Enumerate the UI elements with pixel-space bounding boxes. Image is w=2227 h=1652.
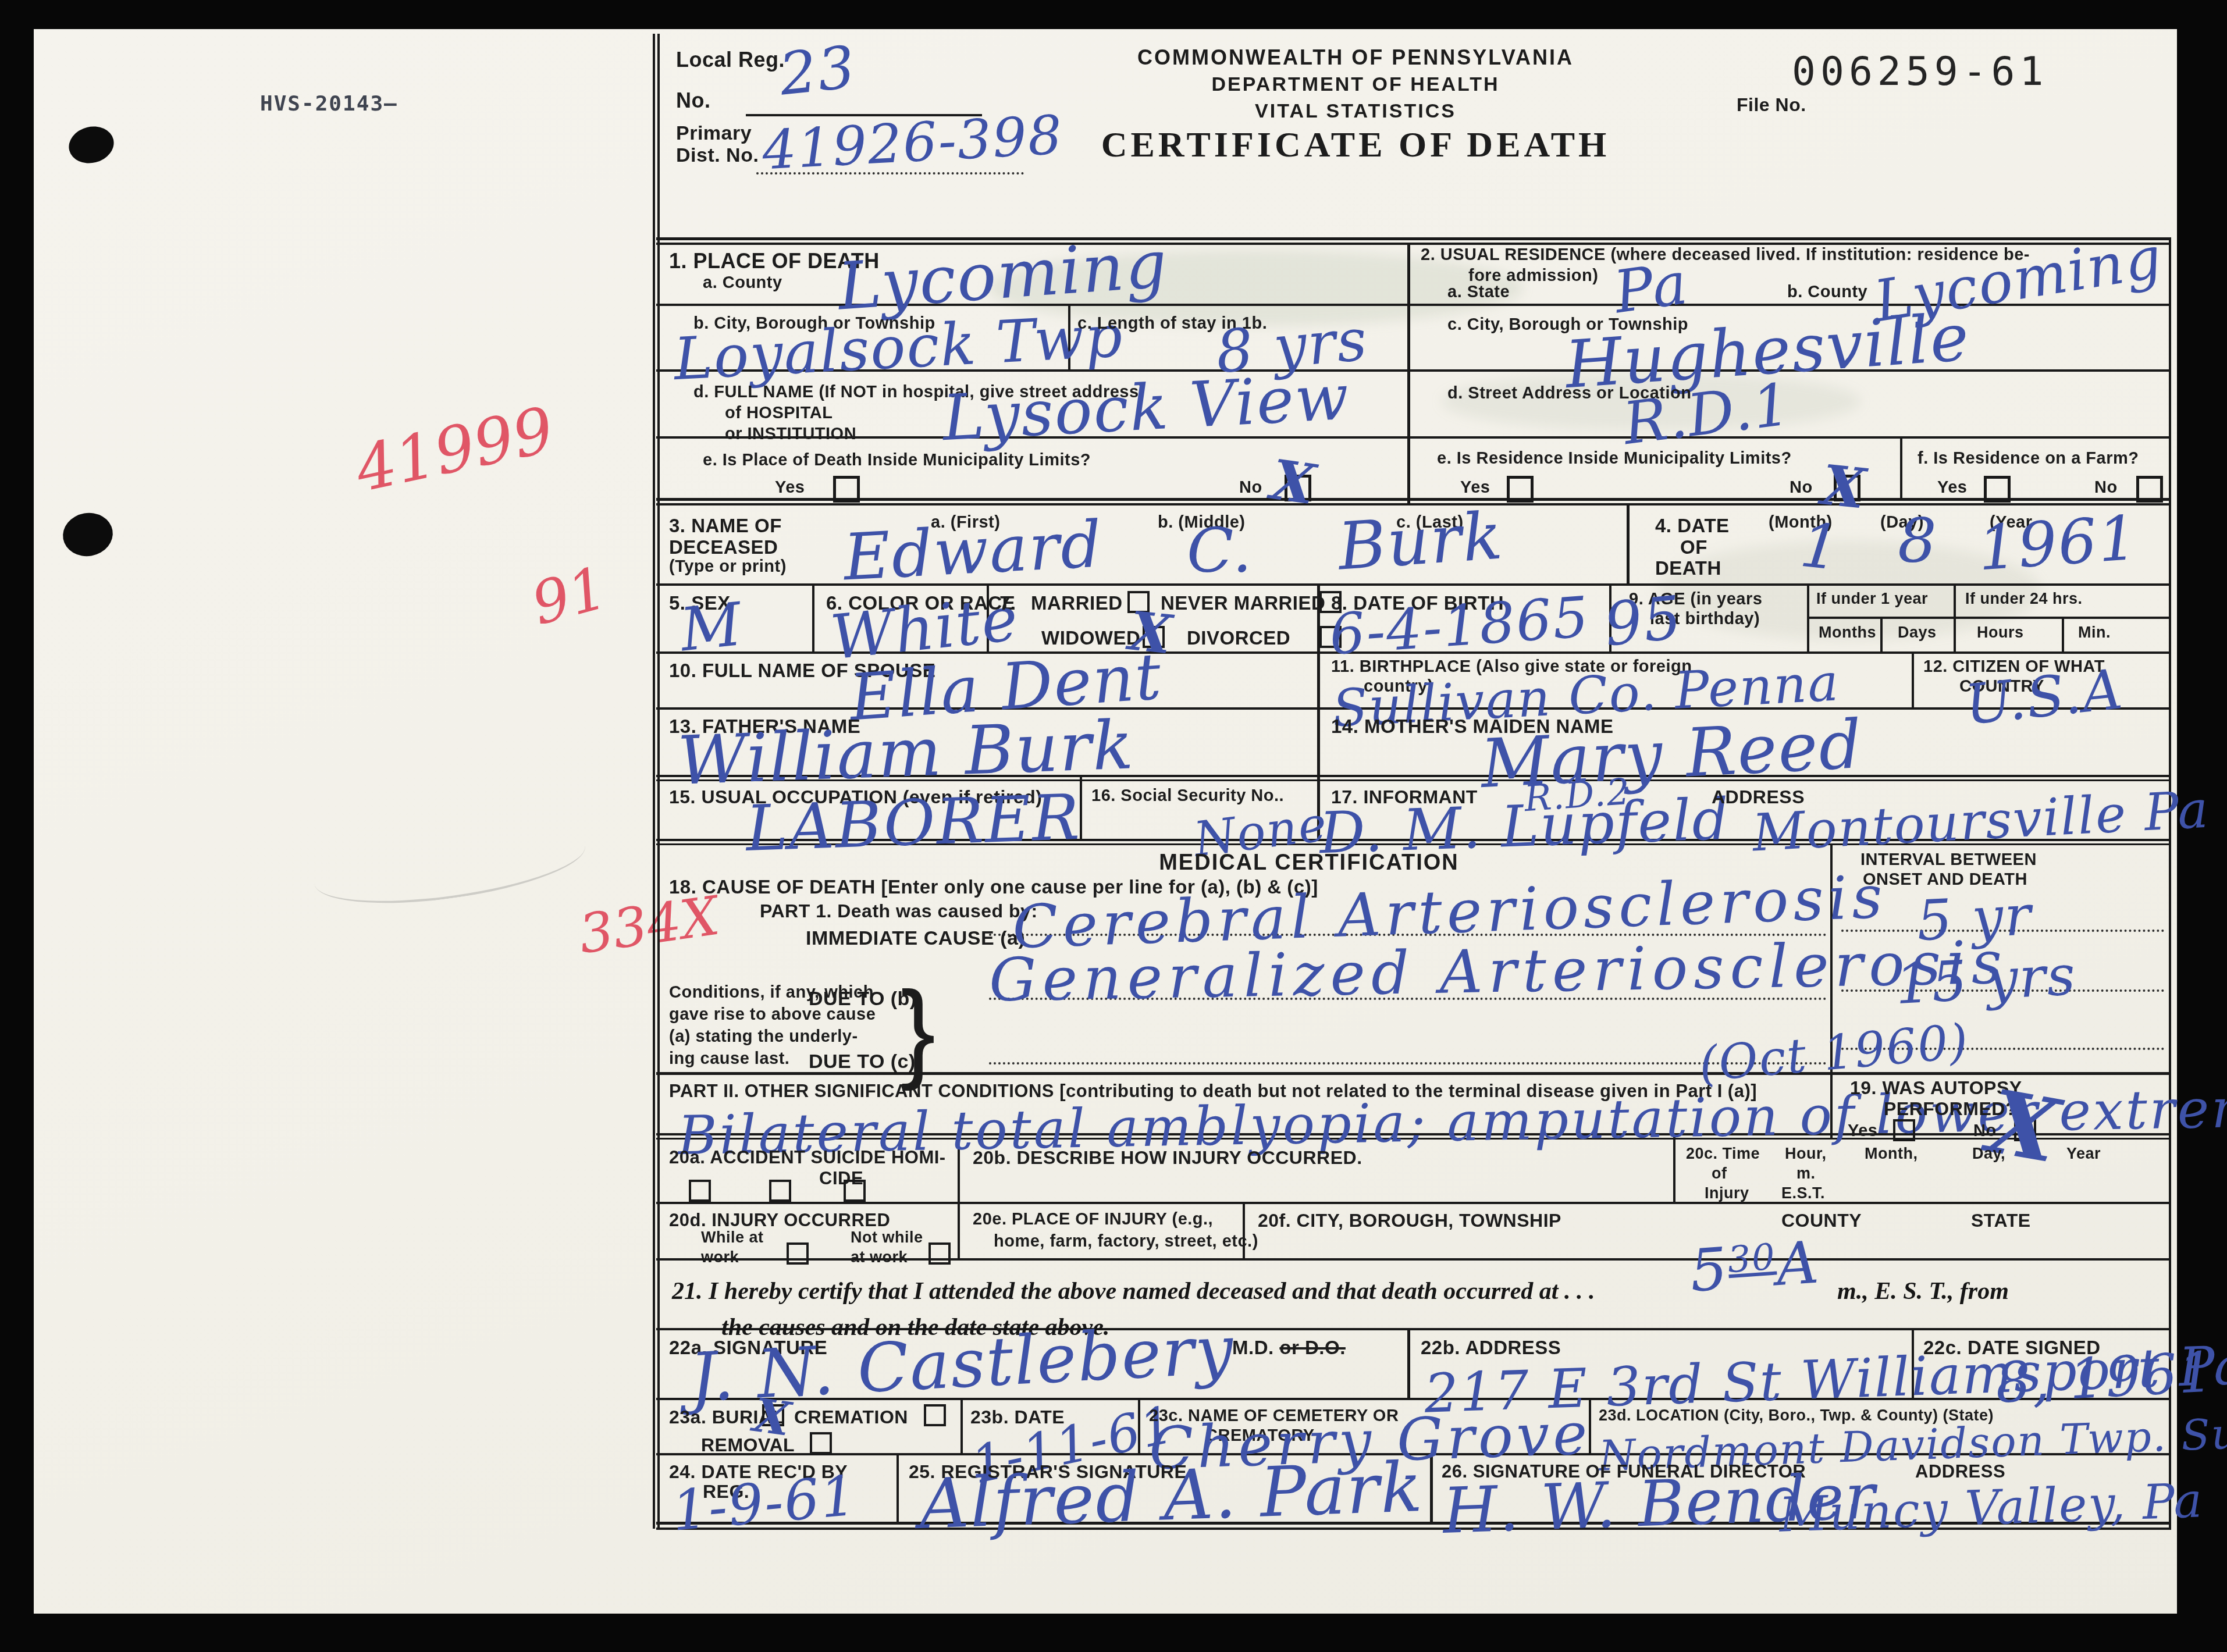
rule-v	[1317, 651, 1320, 710]
s23a-cremation-checkbox	[924, 1404, 946, 1426]
s2-e-no-mark: X	[1819, 457, 1867, 517]
s20d-notwhile-label: Not while	[851, 1229, 923, 1247]
s2-e-yes-label: Yes	[1460, 478, 1490, 497]
s9-under24-label: If under 24 hrs.	[1965, 590, 2083, 608]
s20e-label2: home, farm, factory, street, etc.)	[994, 1232, 1258, 1251]
pencil-scribble	[309, 813, 589, 917]
primary-label: Primary	[676, 122, 752, 145]
s2-a-value: Pa	[1611, 254, 1692, 322]
s20a-homicide-checkbox	[844, 1180, 866, 1202]
s18-interval-b-value: 15 yrs	[1894, 948, 2077, 1013]
red-pencil-number-top: 41999	[351, 398, 560, 501]
s3-label3: (Type or print)	[669, 557, 787, 576]
s4-year-value: 1961	[1976, 508, 2140, 580]
s9-min-label: Min.	[2078, 624, 2111, 642]
s21-time-ampm: A	[1774, 1228, 1822, 1299]
s20f-label: 20f. CITY, BOROUGH, TOWNSHIP	[1258, 1210, 1561, 1231]
rule-v	[812, 583, 814, 654]
s2-e-no-label: No	[1790, 478, 1813, 497]
s20c-m-label: m.	[1796, 1165, 1816, 1183]
s21-time-hour: 5	[1688, 1234, 1731, 1305]
s20a-accident-checkbox	[689, 1180, 711, 1202]
s4-day-value: 8	[1898, 511, 1938, 572]
s18-due-b-label: DUE TO (b)	[809, 988, 917, 1010]
s20d-whileat-label: While at	[701, 1229, 764, 1247]
s15-value: LABORER	[745, 786, 1082, 861]
s16-label: 16. Social Security No..	[1091, 786, 1284, 806]
s4-label1: 4. DATE	[1655, 515, 1730, 537]
s20c-day-label: Day,	[1972, 1145, 2005, 1163]
s5-value: M	[678, 595, 746, 661]
s20d-work-label: work	[701, 1248, 739, 1266]
s20c-label1: 20c. Time	[1686, 1145, 1760, 1163]
s9-days-label: Days	[1898, 624, 1937, 642]
rule-v	[1900, 436, 1902, 500]
s3-c-value: Burk	[1336, 503, 1505, 580]
s21-line1-end: m., E. S. T., from	[1837, 1277, 2009, 1305]
rule	[656, 237, 2171, 240]
s8-value: 6-4-1865	[1328, 589, 1591, 663]
s7-married-label: MARRIED	[1031, 592, 1123, 614]
form-number-stamp: HVS-20143—	[260, 92, 398, 116]
dist-no-value: 41926-398	[761, 109, 1064, 178]
rule-v	[2062, 617, 2064, 654]
s18-due-c-label: DUE TO (c)	[809, 1051, 916, 1073]
s20e-label1: 20e. PLACE OF INJURY (e.g.,	[973, 1210, 1213, 1229]
s9-hours-label: Hours	[1977, 624, 2024, 642]
s2-f-no-checkbox	[2136, 476, 2163, 503]
s22-md-label: M.D. or D.O.	[1232, 1337, 1346, 1359]
md-text: M.D.	[1232, 1337, 1274, 1358]
s3-label2: DECEASED	[669, 536, 778, 558]
s2-f-label: f. Is Residence on a Farm?	[1918, 449, 2139, 468]
rule-v	[1243, 1202, 1245, 1261]
rule	[1807, 617, 2171, 619]
s21-line1: 21. I hereby certify that I attended the…	[672, 1277, 1595, 1305]
rule-v	[653, 34, 655, 1529]
s3-label1: 3. NAME OF	[669, 515, 782, 537]
scanned-death-certificate: HVS-20143— 41999 91 334X Local Reg. No. …	[0, 0, 2227, 1652]
s4-label3: DEATH	[1655, 557, 1721, 579]
rule	[656, 1202, 2171, 1204]
rule-v	[1954, 583, 1956, 654]
rule-v	[1627, 503, 1630, 586]
rule-v	[960, 1398, 963, 1455]
s7-divorced-label: DIVORCED	[1187, 627, 1290, 649]
s20d-whileat-checkbox	[787, 1242, 809, 1265]
rule-v	[1407, 243, 1410, 503]
s1-e-label: e. Is Place of Death Inside Municipality…	[703, 451, 1091, 470]
file-no-label: File No.	[1737, 94, 1806, 116]
rule-v	[958, 1202, 960, 1261]
s9-value: 95	[1602, 588, 1685, 655]
s20f-county-label: COUNTY	[1781, 1210, 1862, 1231]
s18-cond-line4: ing cause last.	[669, 1049, 789, 1069]
dist-no-label: Dist. No.	[676, 144, 759, 167]
s20c-label3: Injury	[1705, 1184, 1749, 1202]
rule-v	[1880, 617, 1883, 654]
red-pencil-number-mid: 91	[526, 558, 613, 634]
s1-a-label: a. County	[703, 273, 782, 293]
s20c-est-label: E.S.T.	[1781, 1184, 1825, 1202]
s2-f-yes-label: Yes	[1937, 478, 1968, 497]
s18-part1-label: PART 1. Death was caused by:	[760, 900, 1038, 922]
s22b-label: 22b. ADDRESS	[1421, 1337, 1561, 1359]
s1-e-yes-label: Yes	[775, 478, 805, 497]
s20d-atwork-label: at work	[851, 1248, 908, 1266]
s25-value: Alfred A. Park	[918, 1452, 1424, 1539]
rule-v	[1317, 707, 1320, 777]
s9-under1yr-label: If under 1 year	[1816, 590, 1928, 608]
s20a-label1: 20a. ACCIDENT SUICIDE HOMI-	[669, 1147, 946, 1168]
s18-interval-a-value: 5 yr	[1916, 888, 2033, 949]
do-text-struck: or D.O.	[1279, 1337, 1346, 1358]
rule	[656, 436, 2171, 439]
rule	[656, 243, 2171, 245]
no-label: No.	[676, 88, 711, 113]
s20b-label: 20b. DESCRIBE HOW INJURY OCCURRED.	[973, 1147, 1362, 1169]
s18-cause-b-value: Generalized Arteriosclerosis	[988, 934, 2008, 1011]
s2-b-label: b. County	[1787, 283, 1867, 302]
s20f-state-label: STATE	[1971, 1210, 2031, 1231]
s20c-month-label: Month,	[1865, 1145, 1918, 1163]
rule-v	[2169, 240, 2171, 1529]
org-line-1: COMMONWEALTH OF PENNSYLVANIA	[1047, 45, 1664, 70]
s23a-cremation-label: CREMATION	[794, 1407, 908, 1428]
rule-v	[1912, 651, 1914, 710]
s18-interval-label1: INTERVAL BETWEEN	[1860, 850, 2037, 870]
s12-value: U.S.A	[1963, 662, 2126, 734]
s19-yes-label: Yes	[1848, 1121, 1878, 1141]
s22c-value: 8, 1961	[1994, 1345, 2216, 1412]
s23a-removal-label: REMOVAL	[701, 1434, 795, 1456]
s1-e-no-label: No	[1239, 478, 1262, 497]
s20c-year-label: Year	[2066, 1145, 2101, 1163]
punch-hole-bottom	[59, 509, 116, 560]
s3-b-value: C.	[1187, 521, 1253, 582]
s4-label2: OF	[1680, 536, 1707, 558]
org-line-3: VITAL STATISTICS	[1047, 100, 1664, 123]
dist-no-underline	[756, 172, 1024, 175]
s1-e-no-mark: X	[1268, 452, 1318, 512]
s1-e-yes-checkbox	[833, 476, 860, 503]
rule	[656, 498, 2171, 501]
s4-month-value: 1	[1798, 515, 1844, 580]
s20c-label2: of	[1712, 1165, 1727, 1183]
rule-v	[1407, 1328, 1410, 1400]
s2-e-yes-checkbox	[1507, 476, 1534, 503]
file-no-stamp: 006259-61	[1792, 49, 2048, 95]
medical-certification-title: MEDICAL CERTIFICATION	[1076, 850, 1542, 875]
s20a-suicide-checkbox	[769, 1180, 791, 1202]
s21-time-min: 30	[1726, 1236, 1777, 1281]
s18-brace: }	[901, 967, 936, 1094]
s1-d-label3: or INSTITUTION	[725, 425, 856, 444]
s19-yes-checkbox	[1893, 1119, 1915, 1141]
s2-a-label: a. State	[1447, 283, 1510, 302]
s20d-notwhile-checkbox	[928, 1242, 951, 1265]
certificate-title: CERTIFICATE OF DEATH	[1047, 124, 1664, 166]
red-pencil-number-bottom: 334X	[576, 889, 723, 962]
punch-hole-top	[65, 122, 118, 168]
rule-v	[657, 34, 660, 1529]
rule-v	[1807, 583, 1809, 654]
s20c-hour-label: Hour,	[1785, 1145, 1827, 1163]
org-line-2: DEPARTMENT OF HEALTH	[1047, 73, 1664, 96]
local-reg-label: Local Reg.	[676, 48, 785, 72]
s2-f-no-label: No	[2094, 478, 2118, 497]
s17-rd-value: R.D.2	[1523, 774, 1632, 817]
s7-never-label: NEVER MARRIED	[1161, 592, 1325, 614]
s2-e-label: e. Is Residence Inside Municipality Limi…	[1437, 449, 1792, 468]
rule-v	[897, 1453, 899, 1524]
s21-time-value: 530A	[1688, 1233, 1822, 1300]
s2-f-yes-checkbox	[1984, 476, 2011, 503]
s3-a-value: Edward	[842, 512, 1104, 589]
s7-number: 7.	[999, 592, 1016, 614]
s18-cond-line3: (a) stating the underly-	[669, 1027, 858, 1046]
s24-value: 1-9-61	[670, 1468, 859, 1539]
s23a-removal-checkbox	[810, 1432, 832, 1454]
s9-months-label: Months	[1819, 624, 1876, 642]
local-reg-value: 23	[777, 38, 859, 104]
s26-address-label: ADDRESS	[1915, 1461, 2005, 1482]
s26-address-value: Muncy Valley, Pa	[1778, 1477, 2204, 1539]
s20d-label: 20d. INJURY OCCURRED	[669, 1210, 890, 1231]
s1-d-label2: of HOSPITAL	[725, 404, 833, 423]
